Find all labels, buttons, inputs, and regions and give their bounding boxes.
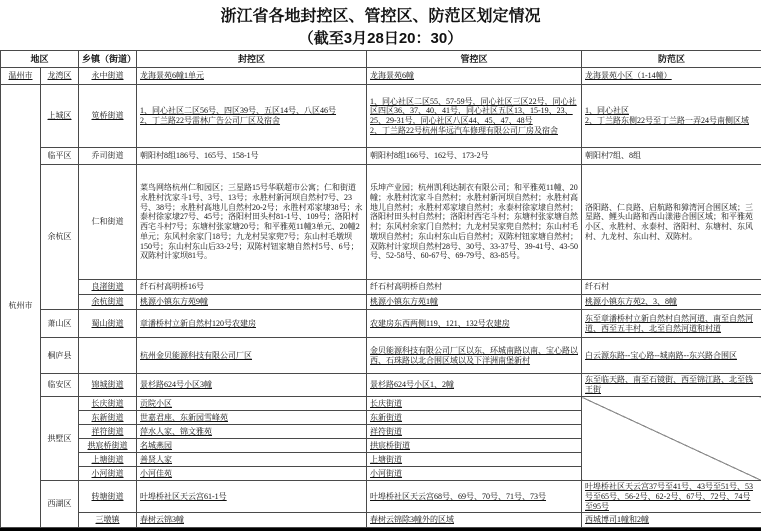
cell-fengkong: 景杉路624号小区3幢 xyxy=(137,374,367,397)
table-row: 余杭区 仁和街道 菜鸟网络杭州仁和园区；三星路15号华联超市公寓；仁和街道永胜村… xyxy=(1,165,761,280)
cell-guankong: 东新街道 xyxy=(367,411,582,425)
cell-guankong: 龙海景苑6幢 xyxy=(367,68,582,85)
table-row: 良渚街道 纤石村高明桥16号 纤石村高明桥自然村 纤石村 xyxy=(1,280,761,295)
cell-fangfan: 桃源小镇东方苑2、3、8幢 xyxy=(582,295,761,310)
cell-fangfan: 东至章潘桥村立新自然村自然河道、南至自然河道、西至五丰村、北至自然河道和村道 xyxy=(582,310,761,338)
cell-fengkong: 小河佳苑 xyxy=(137,467,367,481)
table-row: 余杭街道 桃源小镇东方苑9幢 桃源小镇东方苑1幢 桃源小镇东方苑2、3、8幢 xyxy=(1,295,761,310)
cell-city: 杭州市 xyxy=(1,85,41,528)
header-region: 地区 xyxy=(1,51,79,68)
cell-guankong: 纤石村高明桥自然村 xyxy=(367,280,582,295)
cell-street: 蜀山街道 xyxy=(79,310,137,338)
cell-fengkong: 善贤人家 xyxy=(137,453,367,467)
cell-fangfan: 洛阳路、仁良路、启航路和獐湾河合围区域；三星路、鲤头山路和西山漾港合围区域；和平… xyxy=(582,165,761,280)
cell-street: 转塘街道 xyxy=(79,481,137,513)
header-guankong: 管控区 xyxy=(367,51,582,68)
cell-street: 锦城街道 xyxy=(79,374,137,397)
header-fengkong: 封控区 xyxy=(137,51,367,68)
cell-street: 笕桥街道 xyxy=(79,85,137,148)
cell-district: 桐庐县 xyxy=(41,338,79,374)
cell-district: 临安区 xyxy=(41,374,79,397)
cell-guankong: 祥符街道 xyxy=(367,425,582,439)
cell-street: 良渚街道 xyxy=(79,280,137,295)
cell-guankong: 上塘街道 xyxy=(367,453,582,467)
header-row: 地区 乡镇（街道） 封控区 管控区 防范区 xyxy=(1,51,761,68)
cell-street: 小河街道 xyxy=(79,467,137,481)
cell-fengkong: 春树云锦3幢 xyxy=(137,513,367,528)
cell-district: 西湖区 xyxy=(41,481,79,528)
control-zones-table: 地区 乡镇（街道） 封控区 管控区 防范区 温州市 龙湾区 永中街道 龙海景苑6… xyxy=(0,50,761,528)
cell-street: 祥符街道 xyxy=(79,425,137,439)
header-fangfan: 防范区 xyxy=(582,51,761,68)
cell-fangfan: 东至临天路、南至石镜街、西至锦江路、北至钱王街 xyxy=(582,374,761,397)
table-row: 萧山区 蜀山街道 章潘桥村立新自然村120号农建房 农建房东西两侧119、121… xyxy=(1,310,761,338)
cell-fengkong: 杭州金贝能源科技有限公司厂区 xyxy=(137,338,367,374)
cell-fengkong: 朝阳村8组186号、165号、158-1号 xyxy=(137,148,367,165)
cell-district: 拱墅区 xyxy=(41,397,79,481)
cell-fangfan: 龙海景苑小区（1-14幢） xyxy=(582,68,761,85)
cell-fengkong: 桃源小镇东方苑9幢 xyxy=(137,295,367,310)
cell-fangfan: 西城博司1幢和2幢 xyxy=(582,513,761,528)
cell-fengkong: 叶埠桥社区天云宫61-1号 xyxy=(137,481,367,513)
cell-guankong: 景杉路624号小区1、2幢 xyxy=(367,374,582,397)
table-row: 西湖区 转塘街道 叶埠桥社区天云宫61-1号 叶埠桥社区天云宫68号、69号、7… xyxy=(1,481,761,513)
cell-street: 东新街道 xyxy=(79,411,137,425)
cell-street: 永中街道 xyxy=(79,68,137,85)
cell-street: 拱宸桥街道 xyxy=(79,439,137,453)
cell-street: 三墩镇 xyxy=(79,513,137,528)
cell-guankong: 桃源小镇东方苑1幢 xyxy=(367,295,582,310)
cell-fengkong: 龙海景苑6幢1单元 xyxy=(137,68,367,85)
cell-guankong: 拱宸桥街道 xyxy=(367,439,582,453)
table-row: 桐庐县 杭州金贝能源科技有限公司厂区 金贝能源科技有限公司厂区以东、环城南路以南… xyxy=(1,338,761,374)
cell-fengkong: 菜鸟网络杭州仁和园区；三星路15号华联超市公寓；仁和街道永胜村沈家斗1号、3号、… xyxy=(137,165,367,280)
cell-fengkong: 贡院小区 xyxy=(137,397,367,411)
cell-district: 龙湾区 xyxy=(41,68,79,85)
cell-fangfan: 白云源东路--宝心路--城南路--东兴路合围区 xyxy=(582,338,761,374)
cell-street xyxy=(79,338,137,374)
cell-fengkong: 章潘桥村立新自然村120号农建房 xyxy=(137,310,367,338)
cell-street: 上塘街道 xyxy=(79,453,137,467)
cell-fengkong: 纤石村高明桥16号 xyxy=(137,280,367,295)
cell-fengkong: 萍水人家、锦文雅苑 xyxy=(137,425,367,439)
cell-guankong: 小河街道 xyxy=(367,467,582,481)
cell-street: 乔司街道 xyxy=(79,148,137,165)
cell-guankong: 春树云锦除3幢外的区域 xyxy=(367,513,582,528)
cell-fangfan: 朝阳村7组、8组 xyxy=(582,148,761,165)
cell-guankong: 叶埠桥社区天云宫68号、69号、70号、71号、73号 xyxy=(367,481,582,513)
title-line-2: （截至3月28日20：30） xyxy=(0,27,761,48)
cell-district: 临平区 xyxy=(41,148,79,165)
cell-fangfan: 1、同心社区 2、丁兰路东侧22号至丁兰路一弄24号南侧区域 xyxy=(582,85,761,148)
table-row: 温州市 龙湾区 永中街道 龙海景苑6幢1单元 龙海景苑6幢 龙海景苑小区（1-1… xyxy=(1,68,761,85)
cell-guankong: 金贝能源科技有限公司厂区以东、环城南路以南、宝心路以西、石珠路以北合围区域以及下… xyxy=(367,338,582,374)
cell-fengkong: 1、同心社区二区56号、四区39号、五区14号、八区46号 2、丁兰路22号雷林… xyxy=(137,85,367,148)
table-row: 临安区 锦城街道 景杉路624号小区3幢 景杉路624号小区1、2幢 东至临天路… xyxy=(1,374,761,397)
page-title: 浙江省各地封控区、管控区、防范区划定情况 （截至3月28日20：30） xyxy=(0,0,761,50)
table-row: 拱墅区 长庆街道 贡院小区 长庆街道 xyxy=(1,397,761,411)
cell-guankong: 1、同心社区二区55、57-59号，同心社区三区22号，同心社区四区36、37、… xyxy=(367,85,582,148)
title-line-1: 浙江省各地封控区、管控区、防范区划定情况 xyxy=(0,3,761,26)
cell-fangfan: 纤石村 xyxy=(582,280,761,295)
table-row: 临平区 乔司街道 朝阳村8组186号、165号、158-1号 朝阳村8组166号… xyxy=(1,148,761,165)
table-row: 杭州市 上城区 笕桥街道 1、同心社区二区56号、四区39号、五区14号、八区4… xyxy=(1,85,761,148)
cell-fengkong: 名城燕园 xyxy=(137,439,367,453)
header-street: 乡镇（街道） xyxy=(79,51,137,68)
cell-fangfan: 叶埠桥社区天云宫37号至41号、43号至51号、53号至65号、56-2号、62… xyxy=(582,481,761,513)
table-row: 三墩镇 春树云锦3幢 春树云锦除3幢外的区域 西城博司1幢和2幢 xyxy=(1,513,761,528)
cell-guankong: 朝阳村8组166号、162号、173-2号 xyxy=(367,148,582,165)
cell-district: 萧山区 xyxy=(41,310,79,338)
cell-district: 上城区 xyxy=(41,85,79,148)
cell-district: 余杭区 xyxy=(41,165,79,310)
cell-guankong: 长庆街道 xyxy=(367,397,582,411)
cell-fengkong: 世嘉君座、东新园雪峰苑 xyxy=(137,411,367,425)
cell-guankong: 农建房东西两侧119、121、132号农建房 xyxy=(367,310,582,338)
cell-city: 温州市 xyxy=(1,68,41,85)
cell-street: 仁和街道 xyxy=(79,165,137,280)
cell-street: 余杭街道 xyxy=(79,295,137,310)
cell-guankong: 乐坤产业园；杭州凯利达制衣有限公司；和平雅苑11幢、20幢；永胜村沈家斗自然村；… xyxy=(367,165,582,280)
cell-fangfan-empty xyxy=(582,397,761,481)
cell-street: 长庆街道 xyxy=(79,397,137,411)
